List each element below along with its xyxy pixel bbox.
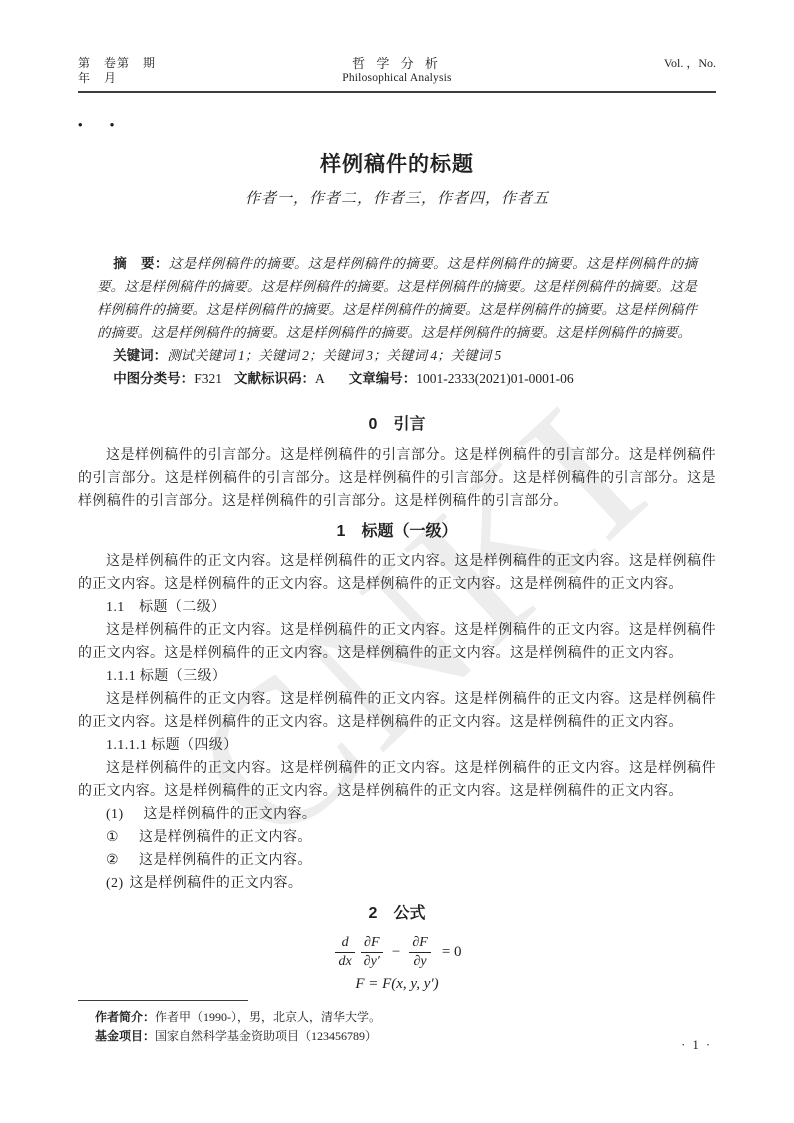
- journal-title-cn: 哲 学 分 析: [342, 56, 452, 71]
- body-paragraph: 这是样例稿件的正文内容。这是样例稿件的正文内容。这是样例稿件的正文内容。这是样例…: [78, 550, 716, 596]
- list-item: ①这是样例稿件的正文内容。: [78, 826, 716, 849]
- issue-line: 第 卷第 期: [78, 56, 342, 71]
- clc-value: F321: [194, 371, 222, 386]
- keywords-line: 关键词：测试关键词 1；关键词 2；关键词 3；关键词 4；关键词 5: [97, 344, 697, 367]
- author-bio-text: 作者甲（1990-），男，北京人，清华大学。: [155, 1010, 381, 1024]
- footnote-block: 作者简介：作者甲（1990-），男，北京人，清华大学。 基金项目：国家自然科学基…: [78, 1000, 716, 1045]
- abstract-label: 摘 要：: [113, 256, 169, 271]
- doc-code-label: 文献标识码：: [234, 371, 315, 386]
- fraction-d-dx: ddx: [335, 935, 354, 970]
- list-text: 这是样例稿件的正文内容。: [139, 830, 312, 845]
- abstract-text: 这是样例稿件的摘要。这是样例稿件的摘要。这是样例稿件的摘要。这是样例稿件的摘要。…: [97, 256, 697, 340]
- funding-text: 国家自然科学基金资助项目（123456789）: [155, 1029, 377, 1043]
- funding-label: 基金项目：: [95, 1029, 155, 1043]
- funding-line: 基金项目：国家自然科学基金资助项目（123456789）: [78, 1027, 716, 1046]
- list-marker: (2): [106, 876, 124, 891]
- clc-label: 中图分类号：: [113, 371, 194, 386]
- list-marker: (1): [106, 807, 124, 822]
- journal-title-en: Philosophical Analysis: [342, 71, 452, 86]
- list-text: 这是样例稿件的正文内容。: [144, 807, 317, 822]
- doc-code-value: A: [315, 371, 325, 386]
- list-marker: ②: [106, 853, 119, 868]
- issue-info: 第 卷第 期 年 月: [78, 56, 342, 86]
- subsection-heading-1-1: 1.1 标题（二级）: [78, 596, 716, 619]
- page-content: 第 卷第 期 年 月 哲 学 分 析 Philosophical Analysi…: [0, 0, 794, 993]
- euler-lagrange-formula: ddx ∂F∂y′ − ∂F∂y = 0: [78, 935, 716, 970]
- author-bio-label: 作者简介：: [95, 1010, 155, 1024]
- article-title: 样例稿件的标题: [78, 151, 716, 179]
- section-heading-1: 1 标题（一级）: [78, 519, 716, 545]
- page-range-marker: • •: [78, 117, 716, 133]
- subsection-heading-1-1-1-1: 1.1.1.1 标题（四级）: [78, 734, 716, 757]
- authors-line: 作者一，作者二，作者三，作者四，作者五: [78, 189, 716, 210]
- footnote-separator: [78, 1000, 248, 1001]
- fraction-dF-dyprime: ∂F∂y′: [361, 935, 383, 970]
- list-marker: ①: [106, 830, 119, 845]
- intro-paragraph: 这是样例稿件的引言部分。这是样例稿件的引言部分。这是样例稿件的引言部分。这是样例…: [78, 444, 716, 513]
- abstract-paragraph: 摘 要：这是样例稿件的摘要。这是样例稿件的摘要。这是样例稿件的摘要。这是样例稿件…: [97, 252, 697, 344]
- list-item: (2)这是样例稿件的正文内容。: [78, 872, 716, 895]
- journal-title: 哲 学 分 析 Philosophical Analysis: [342, 56, 452, 86]
- section-heading-2: 2 公式: [78, 901, 716, 927]
- date-line: 年 月: [78, 71, 342, 86]
- list-text: 这是样例稿件的正文内容。: [130, 876, 303, 891]
- page-number: · 1 ·: [681, 1038, 712, 1053]
- subsection-heading-1-1-1: 1.1.1 标题（三级）: [78, 665, 716, 688]
- author-bio-line: 作者简介：作者甲（1990-），男，北京人，清华大学。: [78, 1008, 716, 1027]
- list-text: 这是样例稿件的正文内容。: [139, 853, 312, 868]
- body-paragraph: 这是样例稿件的正文内容。这是样例稿件的正文内容。这是样例稿件的正文内容。这是样例…: [78, 757, 716, 803]
- running-head: 第 卷第 期 年 月 哲 学 分 析 Philosophical Analysi…: [78, 56, 716, 93]
- list-item: (1)这是样例稿件的正文内容。: [78, 803, 716, 826]
- volume-info: Vol. ，No.: [452, 56, 716, 71]
- front-matter: 摘 要：这是样例稿件的摘要。这是样例稿件的摘要。这是样例稿件的摘要。这是样例稿件…: [97, 252, 697, 390]
- function-definition-formula: F = F(x, y, y′): [78, 976, 716, 993]
- fraction-dF-dy: ∂F∂y: [409, 935, 430, 970]
- keywords-text: 测试关键词 1；关键词 2；关键词 3；关键词 4；关键词 5: [167, 348, 501, 363]
- manuscript-page: CNKI 第 卷第 期 年 月 哲 学 分 析 Philosophical An…: [0, 0, 794, 1123]
- section-heading-0: 0 引言: [78, 412, 716, 438]
- minus-operator: −: [392, 944, 400, 961]
- body-paragraph: 这是样例稿件的正文内容。这是样例稿件的正文内容。这是样例稿件的正文内容。这是样例…: [78, 619, 716, 665]
- list-item: ②这是样例稿件的正文内容。: [78, 849, 716, 872]
- article-id-label: 文章编号：: [349, 371, 417, 386]
- article-id-value: 1001-2333(2021)01-0001-06: [416, 371, 573, 386]
- keywords-label: 关键词：: [113, 348, 167, 363]
- equals-zero: = 0: [442, 944, 462, 961]
- clc-line: 中图分类号：F321文献标识码：A文章编号：1001-2333(2021)01-…: [97, 367, 697, 390]
- body-paragraph: 这是样例稿件的正文内容。这是样例稿件的正文内容。这是样例稿件的正文内容。这是样例…: [78, 688, 716, 734]
